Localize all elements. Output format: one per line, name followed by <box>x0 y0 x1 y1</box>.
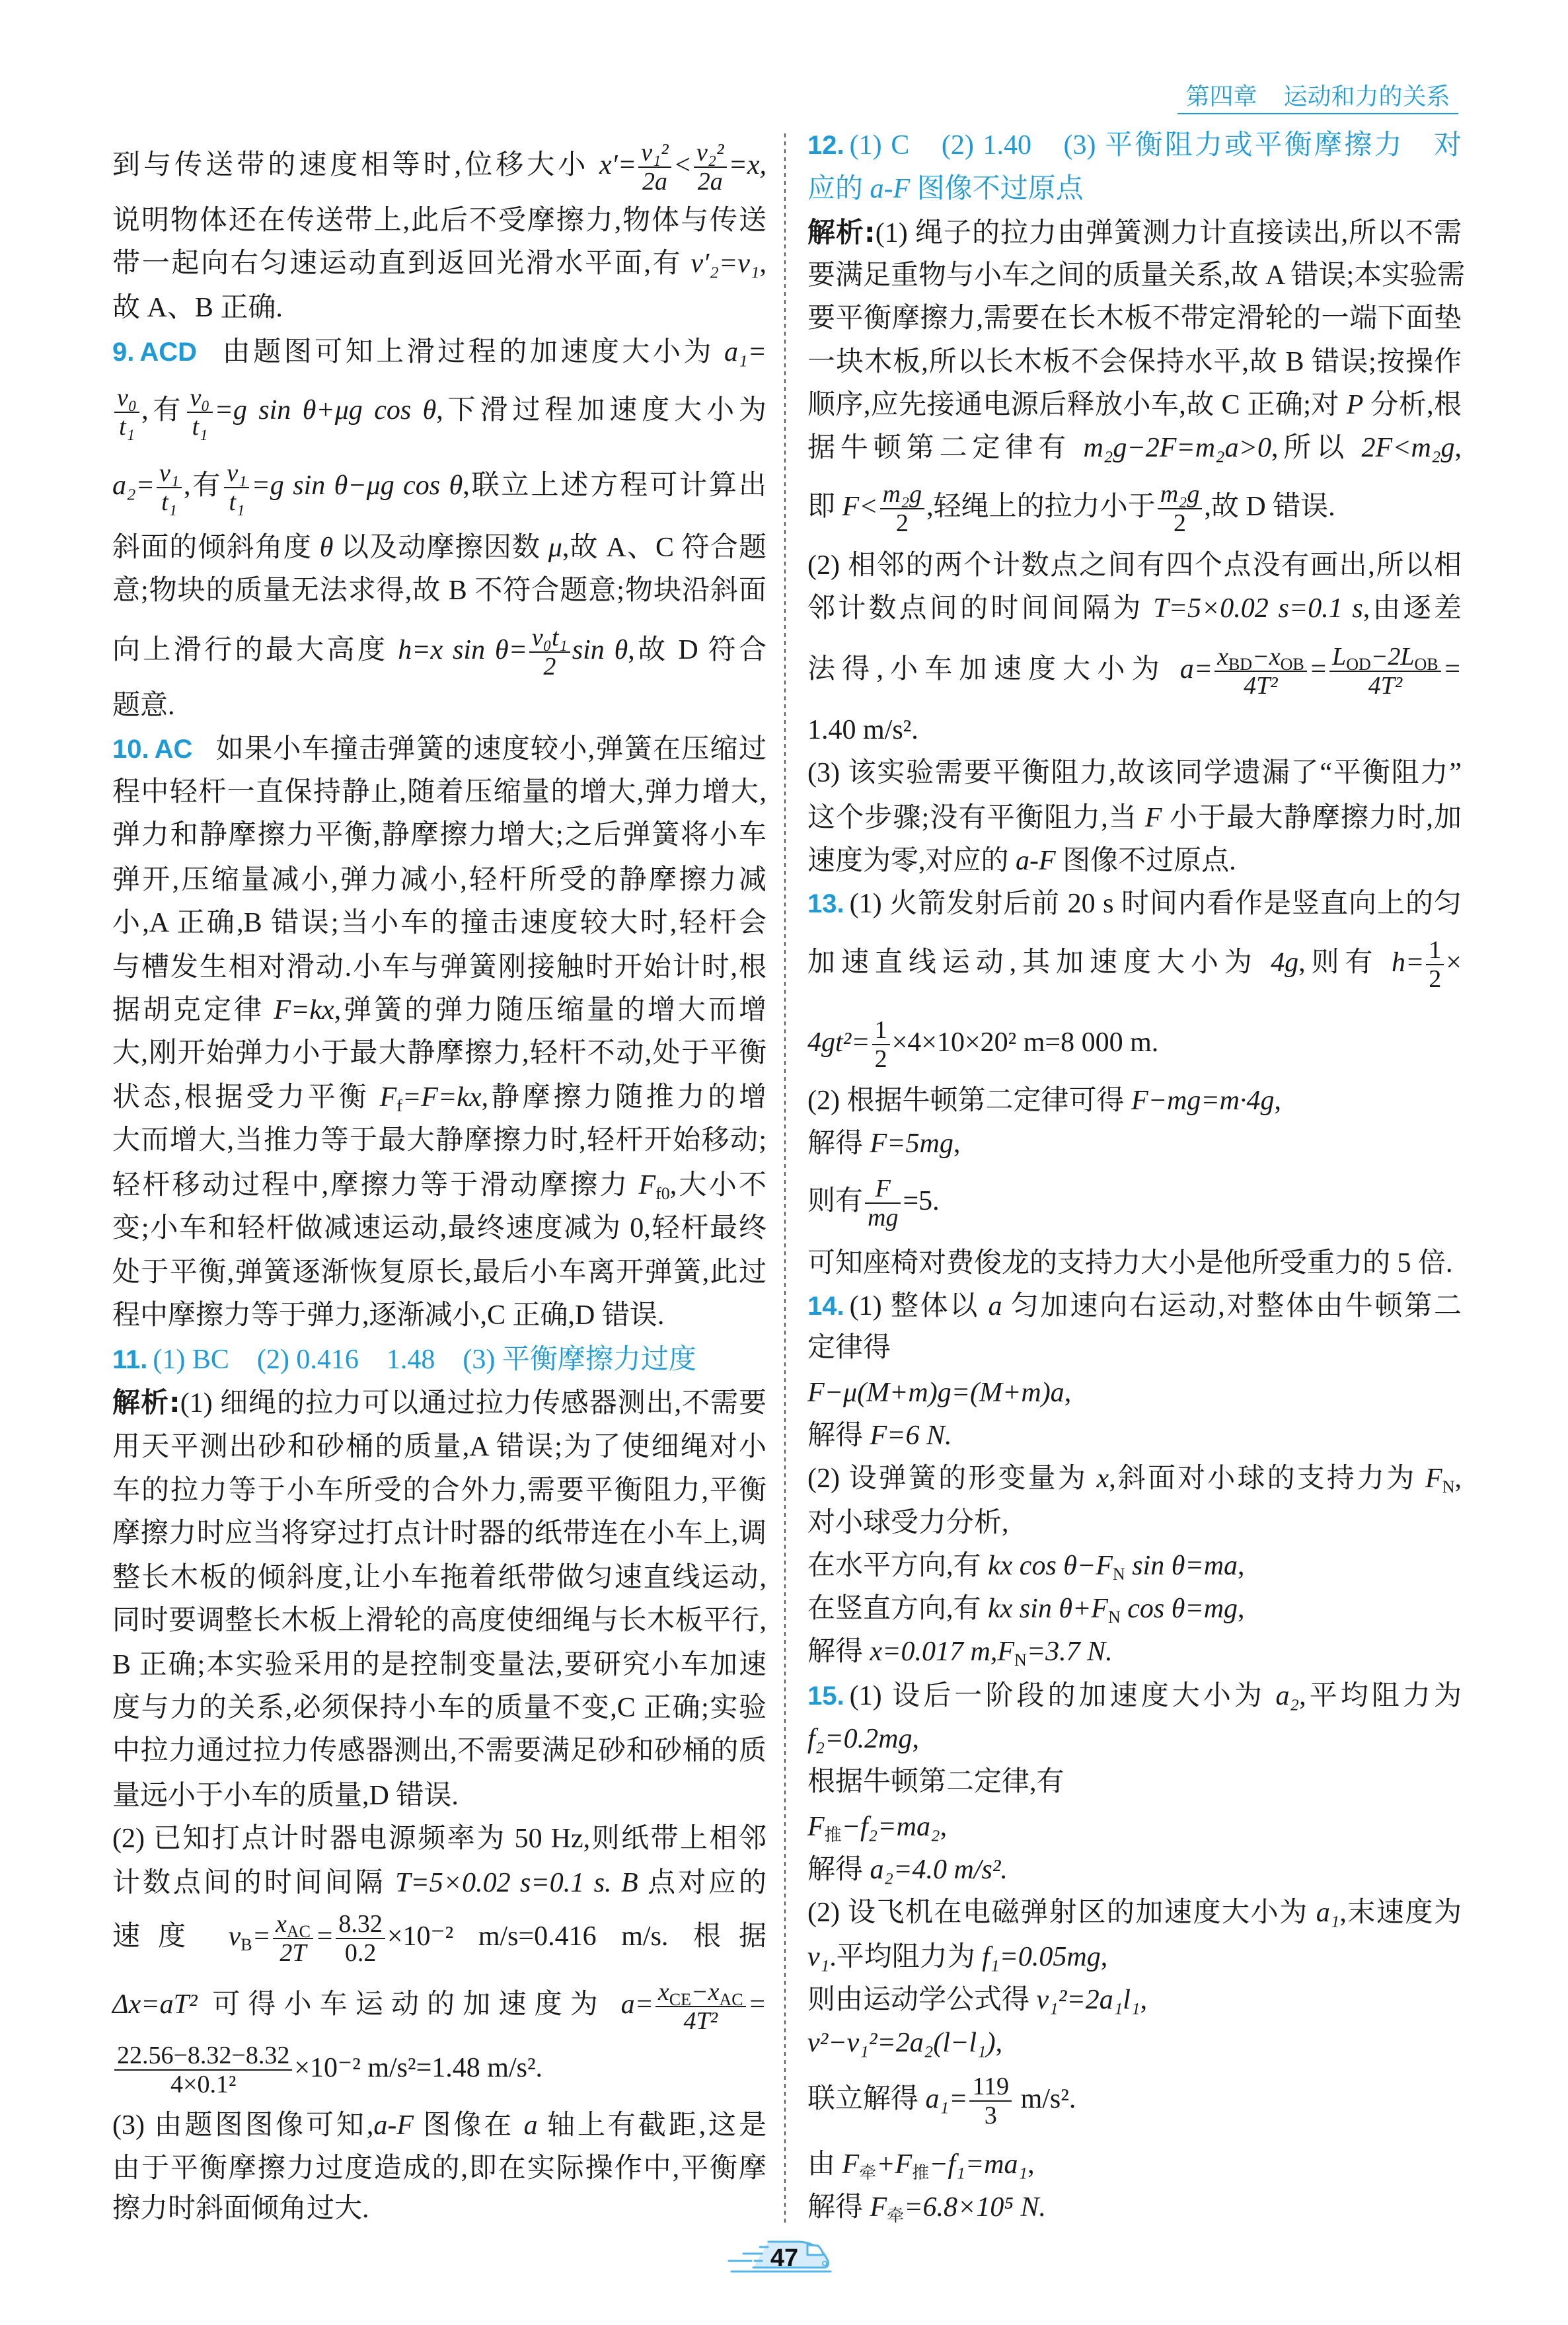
subscript: 推 <box>912 2163 929 2182</box>
math-expression: h=x sin θ= <box>398 635 527 665</box>
math-expression: μ <box>548 533 562 563</box>
answer-key: ACD <box>139 338 197 367</box>
text-segment: ,静摩擦力随推力的增 <box>482 1082 766 1113</box>
answer-line: 斜面的倾斜角度 θ 以及动摩擦因数 μ,故 A、C 符合题 <box>112 527 766 569</box>
text-segment: 说明物体还在传送带上,此后不受摩擦力,物体与传送 <box>112 205 766 236</box>
fraction-denominator: t₁ <box>114 412 139 441</box>
answer-line: 据牛顿第二定律有 m₂g−2F=m₂a>0,所以 2F<m₂g, <box>807 427 1462 469</box>
answer-line: 在水平方向,有 kx cos θ−FN sin θ=ma, <box>807 1545 1462 1587</box>
text-segment: 擦力时斜面倾角过大. <box>112 2194 369 2224</box>
math-expression: =g sin θ−μg cos θ <box>251 470 463 501</box>
math-expression: −2L <box>1371 643 1415 671</box>
fraction-numerator: v₂² <box>694 139 726 166</box>
math-expression: a-F <box>373 2110 414 2141</box>
text-segment: , <box>1064 1378 1072 1408</box>
math-expression: f₂=0.2mg <box>807 1724 912 1754</box>
text-segment: 在竖直方向,有 <box>807 1594 988 1624</box>
text-segment: , <box>912 1724 919 1754</box>
math-expression: 4g <box>1271 947 1298 978</box>
fraction-numerator: v₀ <box>114 384 139 412</box>
fraction-numerator: F <box>865 1175 901 1202</box>
math-expression: F <box>842 2149 860 2180</box>
answer-line: 大而增大,当推力等于最大静摩擦力时,轻杆开始移动; <box>112 1119 766 1162</box>
text-segment: 匀加速向右运动,对整体由牛顿第二 <box>1002 1291 1462 1321</box>
math-expression: x′= <box>599 150 636 180</box>
text-segment: (1) 细绳的拉力可以通过拉力传感器测出,不需要 <box>180 1388 766 1419</box>
question-number: 12. <box>807 131 844 160</box>
answer-line: 到与传送带的速度相等时,位移大小 x′=v₁²2a<v₂²2a=x, <box>112 144 766 186</box>
answer-line: 加速直线运动,其加速度大小为 4g,则有 h=12× <box>807 941 1462 984</box>
text-segment: 程中轻杆一直保持静止,随着压缩量的增大,弹力增大, <box>112 777 766 807</box>
math-expression: P <box>1347 390 1364 420</box>
text-segment: 顺序,应先接通电源后释放小车,故 C 正确;对 <box>807 390 1347 420</box>
answer-line: 程中轻杆一直保持静止,随着压缩量的增大,弹力增大, <box>112 771 766 813</box>
fraction: 8.320.2 <box>336 1910 385 1967</box>
math-expression: a <box>989 1291 1002 1321</box>
text-segment: , <box>1140 1985 1148 2015</box>
text-segment: , <box>760 248 767 279</box>
answer-line: 4gt²=12×4×10×20² m=8 000 m. <box>807 1021 1462 1064</box>
answer-summary: (1) C (2) 1.40 (3) 平衡阻力或平衡摩擦力 对 <box>850 130 1462 161</box>
subscript: 牵 <box>859 2163 876 2182</box>
answer-line: 速度为零,对应的 a-F 图像不过原点. <box>807 840 1462 882</box>
answer-line: 要满足重物与小车之间的质量关系,故 A 错误;本实验需 <box>807 254 1462 297</box>
math-expression: = <box>1443 654 1462 684</box>
math-expression: a= <box>621 1989 653 2020</box>
fraction-numerator: m₂g <box>1158 480 1203 508</box>
fraction-denominator: 4T² <box>1329 671 1441 700</box>
text-segment: ,联立上述方程可计算出 <box>463 470 766 501</box>
subscript: OD <box>1346 655 1371 674</box>
answer-line: 题意. <box>112 684 766 727</box>
text-segment: × <box>1446 947 1462 978</box>
text-segment: (2) 设弹簧的形变量为 <box>807 1463 1097 1494</box>
math-expression: x=0.017 m,F <box>870 1637 1014 1667</box>
answer-line: F推−f₂=ma₂, <box>807 1806 1462 1848</box>
fraction-denominator: 2 <box>529 651 570 681</box>
answer-line: 根据牛顿第二定律,有 <box>807 1761 1462 1803</box>
answer-line: 整长木板的倾斜度,让小车拖着纸带做匀速直线运动, <box>112 1557 766 1599</box>
math-expression: x <box>658 1978 669 2006</box>
analysis-label: 解析: <box>807 216 876 248</box>
fraction: m₂g2 <box>880 480 925 537</box>
text-segment: ,平均阻力为 <box>1299 1681 1462 1711</box>
text-segment: 解得 <box>807 1637 870 1667</box>
math-expression: = <box>1309 654 1327 684</box>
answer-line: 弹开,压缩量减小,弹力减小,轻杆所受的静摩擦力减 <box>112 859 766 901</box>
text-segment: ×10⁻² m/s²=1.48 m/s². <box>294 2053 542 2083</box>
answer-line: 对小球受力分析, <box>807 1502 1462 1544</box>
answer-line: (2) 根据牛顿第二定律可得 F−mg=m·4g, <box>807 1080 1462 1122</box>
answer-line: 一块木板,所以长木板不会保持水平,故 B 错误;按操作 <box>807 341 1462 383</box>
text-segment: 这个步骤;没有平衡阻力,当 <box>807 803 1145 833</box>
math-expression: a₁= <box>926 2084 968 2114</box>
text-segment: (3) 该实验需要平衡阻力,故该同学遗漏了“平衡阻力” <box>807 758 1462 788</box>
fraction: v₀t₁2 <box>529 624 570 681</box>
math-expression: =3.7 N. <box>1027 1637 1113 1667</box>
math-expression: =x, <box>729 150 766 180</box>
fraction: LOD−2LOB4T² <box>1329 643 1441 700</box>
text-segment: , <box>1101 1942 1108 1972</box>
text-segment: (2) 根据牛顿第二定律可得 <box>807 1086 1131 1116</box>
fraction: 22.56−8.32−8.324×0.1² <box>114 2042 292 2098</box>
math-expression: a-F <box>870 174 911 204</box>
text-segment: 一块木板,所以长木板不会保持水平,故 B 错误;按操作 <box>807 347 1462 377</box>
answer-line: 说明物体还在传送带上,此后不受摩擦力,物体与传送 <box>112 200 766 242</box>
fraction-denominator: 2a <box>638 166 671 196</box>
math-expression: sin θ=ma <box>1125 1551 1238 1581</box>
text-segment: 摩擦力时应当将穿过打点计时器的纸带连在小车上,调 <box>112 1518 766 1549</box>
math-expression: h= <box>1392 947 1424 978</box>
answer-line: 量远小于小车的质量,D 错误. <box>112 1775 766 1817</box>
text-segment: 法得,小车加速度大小为 <box>807 654 1180 684</box>
math-expression: v₁ <box>807 1942 829 1972</box>
text-segment: 图像不过原点. <box>1056 846 1236 876</box>
question-number: 9. <box>112 338 134 367</box>
subscript: N <box>1108 1607 1121 1627</box>
fraction-numerator: v₀ <box>187 384 212 412</box>
fraction-numerator: m₂g <box>880 480 925 508</box>
math-expression: cos θ=mg <box>1121 1594 1238 1624</box>
fraction-numerator: xAC <box>273 1910 313 1938</box>
answer-line: 要平衡摩擦力,需要在长木板不带定滑轮的一端下面垫 <box>807 297 1462 340</box>
text-segment: 轻杆移动过程中,摩擦力等于滑动摩擦力 <box>112 1170 638 1200</box>
answer-line: 法得,小车加速度大小为 a=xBD−xOB4T²=LOD−2LOB4T²= <box>807 648 1462 690</box>
math-expression: −f₂=ma₂ <box>842 1812 940 1842</box>
math-expression: +F <box>876 2149 912 2180</box>
text-segment: (1) 绳子的拉力由弹簧测力计直接读出,所以不需 <box>876 218 1462 248</box>
text-segment: 同时要调整长木板上滑轮的高度使细绳与长木板平行, <box>112 1605 766 1636</box>
answer-line: 解得 x=0.017 m,FN=3.7 N. <box>807 1631 1462 1673</box>
subscript: BD <box>1228 655 1252 674</box>
answer-line: 15.(1) 设后一阶段的加速度大小为 a₂,平均阻力为 <box>807 1675 1462 1717</box>
text-segment: ,故 D 符合 <box>628 635 766 665</box>
text-segment: , <box>1275 1086 1282 1116</box>
answer-key: AC <box>155 735 193 764</box>
answer-line: 解得 a₂=4.0 m/s². <box>807 1849 1462 1891</box>
answer-line: 联立解得 a₁=1193 m/s². <box>807 2078 1462 2120</box>
answer-line: B 正确;本实验采用的是控制变量法,要研究小车加速 <box>112 1644 766 1686</box>
text-segment: 状态,根据受力平衡 <box>112 1082 380 1113</box>
math-expression: F=5mg <box>870 1128 953 1159</box>
subscript: AC <box>287 1922 311 1941</box>
text-segment: 中拉力通过拉力传感器测出,不需要满足砂和砂桶的质 <box>112 1736 766 1766</box>
answer-summary: 应的 <box>807 174 870 204</box>
text-segment: 据胡克定律 <box>112 995 274 1025</box>
answer-line: 处于平衡,弹簧逐渐恢复原长,最后小车离开弹簧,此过 <box>112 1251 766 1294</box>
answer-line: 12.(1) C (2) 1.40 (3) 平衡阻力或平衡摩擦力 对 <box>807 124 1462 166</box>
text-segment: (2) 已知打点计时器电源频率为 50 Hz,则纸带上相邻 <box>112 1824 766 1854</box>
math-expression: x <box>1097 1463 1109 1494</box>
fraction-numerator: LOD−2LOB <box>1329 643 1441 671</box>
answer-line: a₂=v₁t₁,有v₁t₁=g sin θ−μg cos θ,联立上述方程可计算… <box>112 464 766 507</box>
answer-line: 车的拉力等于小车所受的合外力,需要平衡阻力,平衡 <box>112 1469 766 1512</box>
text-segment: ,弹簧的弹力随压缩量的增大而增 <box>334 995 766 1025</box>
text-segment: , <box>1454 1463 1462 1494</box>
text-segment: (1) 设后一阶段的加速度大小为 <box>850 1681 1276 1711</box>
answer-line: Δx=aT² 可得小车运动的加速度为 a=xCE−xAC4T²= <box>112 1983 766 2026</box>
math-expression: Δx=aT² <box>112 1989 198 2020</box>
math-expression: = <box>315 1921 334 1952</box>
text-segment: 轴上有截距,这是 <box>538 2110 766 2141</box>
text-segment: 小于最大静摩擦力时,加 <box>1162 803 1462 833</box>
fraction: v₂²2a <box>694 139 726 196</box>
answer-line: 计数点间的时间间隔 T=5×0.02 s=0.1 s. B 点对应的 <box>112 1862 766 1904</box>
fraction-denominator: 4T² <box>1214 671 1307 700</box>
math-expression: 4gt²= <box>807 1027 870 1058</box>
text-segment: ,则有 <box>1298 947 1392 978</box>
text-segment: ,有 <box>184 470 222 501</box>
answer-line: 1.40 m/s². <box>807 709 1462 751</box>
answer-line: 邻计数点间的时间间隔为 T=5×0.02 s=0.1 s,由逐差 <box>807 587 1462 630</box>
page-number-badge: 47 <box>727 2236 833 2276</box>
answer-line: 11.(1) BC (2) 0.416 1.48 (3) 平衡摩擦力过度 <box>112 1339 766 1381</box>
answer-line: 向上滑行的最大高度 h=x sin θ=v₀t₁2sin θ,故 D 符合 <box>112 629 766 671</box>
answer-line: 解得 F=6 N. <box>807 1415 1462 1457</box>
subscript: OB <box>1415 655 1438 674</box>
math-expression: f₁=0.05mg <box>982 1942 1100 1972</box>
fraction-denominator: t₁ <box>157 487 182 516</box>
subscript: f <box>396 1096 402 1115</box>
text-segment: ,末速度为 <box>1339 1898 1462 1928</box>
answer-line: 度与力的关系,必须保持小车的质量不变,C 正确;实验 <box>112 1687 766 1729</box>
text-segment: , <box>1238 1594 1245 1624</box>
text-segment: , <box>953 1128 961 1159</box>
math-expression: θ <box>320 533 334 563</box>
fraction: 12 <box>1426 936 1444 993</box>
text-segment: 量远小于小车的质量,D 错误. <box>112 1781 459 1811</box>
answer-line: (2) 相邻的两个计数点之间有四个点没有画出,所以相 <box>807 544 1462 587</box>
fraction: 1193 <box>969 2073 1012 2129</box>
math-expression: sin θ <box>572 635 628 665</box>
answer-line: 中拉力通过拉力传感器测出,不需要满足砂和砂桶的质 <box>112 1730 766 1772</box>
answer-line: 由 F牵+F推−f₁=ma₁, <box>807 2143 1462 2186</box>
answer-line: 解析:(1) 细绳的拉力可以通过拉力传感器测出,不需要 <box>112 1382 766 1424</box>
math-expression: a <box>524 2110 538 2141</box>
answer-line: 顺序,应先接通电源后释放小车,故 C 正确;对 P 分析,根 <box>807 384 1462 426</box>
math-expression: v <box>229 1921 241 1952</box>
fraction-denominator: 2 <box>1426 964 1444 993</box>
fraction: xAC2T <box>273 1910 313 1967</box>
answer-line: 擦力时斜面倾角过大. <box>112 2188 766 2230</box>
text-segment: 弹开,压缩量减小,弹力减小,轻杆所受的静摩擦力减 <box>112 865 766 895</box>
fraction-numerator: 1 <box>1426 936 1444 964</box>
math-expression: −x <box>691 1978 720 2006</box>
answer-line: 应的 a-F 图像不过原点 <box>807 168 1462 210</box>
fraction-numerator: xCE−xAC <box>655 1978 746 2006</box>
answer-line: (3) 由题图图像可知,a-F 图像在 a 轴上有截距,这是 <box>112 2104 766 2147</box>
math-expression: F−mg=m·4g <box>1131 1086 1275 1116</box>
text-segment: 分析,根 <box>1363 390 1462 420</box>
answer-line: 速度 vB=xAC2T=8.320.2×10⁻² m/s=0.416 m/s. … <box>112 1915 766 1958</box>
math-expression: kx cos θ−F <box>988 1551 1113 1581</box>
question-number: 11. <box>112 1345 147 1374</box>
fraction-denominator: 2T <box>273 1938 313 1967</box>
math-expression: 2F<m₂g <box>1362 433 1455 463</box>
answer-line: F−μ(M+m)g=(M+m)a, <box>807 1372 1462 1414</box>
text-segment: 速度为零,对应的 <box>807 846 1016 876</box>
answer-key-page: 第四章运动和力的关系 到与传送带的速度相等时,位移大小 x′=v₁²2a<v₂²… <box>0 0 1568 2325</box>
text-segment: 要满足重物与小车之间的质量关系,故 A 错误;本实验需 <box>807 260 1465 291</box>
fraction: xCE−xAC4T² <box>655 1978 746 2035</box>
fraction-numerator: 22.56−8.32−8.32 <box>114 2042 292 2069</box>
text-segment: , <box>1238 1551 1245 1581</box>
text-segment: 带一起向右匀速运动直到返回光滑水平面,有 <box>112 248 691 279</box>
fraction-denominator: 3 <box>969 2100 1012 2129</box>
text-segment: B 正确;本实验采用的是控制变量法,要研究小车加速 <box>112 1650 766 1680</box>
text-segment: 如果小车撞击弹簧的速度较小,弹簧在压缩过 <box>215 734 766 764</box>
text-segment: ,所以 <box>1271 433 1362 463</box>
text-segment: (1) 整体以 <box>850 1291 989 1321</box>
math-expression: F <box>638 1170 655 1200</box>
math-expression: =F=kx <box>402 1082 482 1113</box>
page-number: 47 <box>770 2244 798 2272</box>
answer-line: 则由运动学公式得 v₁²=2a₁l₁, <box>807 1979 1462 2021</box>
fraction-denominator: 0.2 <box>336 1938 385 1967</box>
math-expression: a₂ <box>1276 1681 1300 1711</box>
text-segment: 与槽发生相对滑动.小车与弹簧刚接触时开始计时,根 <box>112 952 766 982</box>
text-segment: 斜面的倾斜角度 <box>112 533 320 563</box>
question-number: 13. <box>807 889 844 918</box>
text-segment: ,故 D 错误. <box>1204 492 1335 522</box>
text-segment: 1.40 m/s². <box>807 715 918 745</box>
answer-line: (2) 已知打点计时器电源频率为 50 Hz,则纸带上相邻 <box>112 1818 766 1860</box>
text-segment: (2) 设飞机在电磁弹射区的加速度大小为 <box>807 1898 1316 1928</box>
answer-line: v₀t₁,有v₀t₁=g sin θ+μg cos θ,下滑过程加速度大小为 <box>112 389 766 431</box>
math-expression: a= <box>1180 654 1213 684</box>
text-segment: 解得 <box>807 1128 870 1159</box>
math-expression: T=5×0.02 s=0.1 s. <box>395 1868 621 1898</box>
text-segment: 故 A、B 正确. <box>112 293 283 323</box>
text-segment: ,斜面对小球的支持力为 <box>1109 1463 1425 1494</box>
text-segment: 邻计数点间的时间间隔为 <box>807 593 1153 624</box>
math-expression: = <box>748 1989 766 2020</box>
subscript: 推 <box>825 1826 842 1845</box>
text-segment: 由题图可知上滑过程的加速度大小为 <box>219 337 724 367</box>
fraction-numerator: 1 <box>872 1016 890 1044</box>
text-segment: 意;物块的质量无法求得,故 B 不符合题意;物块沿斜面 <box>112 575 766 606</box>
answer-summary: 图像不过原点 <box>910 174 1084 204</box>
answer-line: 同时要调整长木板上滑轮的高度使细绳与长木板平行, <box>112 1600 766 1642</box>
answer-line: 解得 F=5mg, <box>807 1123 1462 1165</box>
text-segment: m/s². <box>1014 2084 1076 2114</box>
subscript: AC <box>720 1990 743 2009</box>
answer-line: 22.56−8.32−8.324×0.1²×10⁻² m/s²=1.48 m/s… <box>112 2047 766 2089</box>
answer-line: 则有Fmg=5. <box>807 1180 1462 1222</box>
math-expression: −x <box>1252 643 1281 671</box>
text-segment: 向上滑行的最大高度 <box>112 635 398 665</box>
math-expression: a₁= <box>724 337 766 367</box>
fraction-denominator: 2a <box>694 166 726 196</box>
math-expression: F <box>870 2192 887 2223</box>
fraction: v₁t₁ <box>224 459 249 516</box>
answer-line: 故 A、B 正确. <box>112 287 766 329</box>
answer-line: 可知座椅对费俊龙的支持力大小是他所受重力的 5 倍. <box>807 1242 1462 1284</box>
subscript: N <box>1442 1477 1455 1496</box>
text-segment: ,由逐差 <box>1363 593 1462 624</box>
text-segment: 点对应的 <box>638 1868 766 1898</box>
answer-line: 即 F<m₂g2,轻绳上的拉力小于m₂g2,故 D 错误. <box>807 486 1462 528</box>
text-segment: 处于平衡,弹簧逐渐恢复原长,最后小车离开弹簧,此过 <box>112 1257 766 1288</box>
question-number: 10. <box>112 735 149 764</box>
answer-line: 解析:(1) 绳子的拉力由弹簧测力计直接读出,所以不需 <box>807 211 1462 254</box>
answer-line: 大,刚开始弹力小于最大静摩擦力,轻杆不动,处于平衡 <box>112 1032 766 1074</box>
text-segment: 图像在 <box>414 2110 524 2141</box>
answer-summary: (1) BC (2) 0.416 1.48 (3) 平衡摩擦力过度 <box>153 1345 696 1375</box>
text-segment: ,轻绳上的拉力小于 <box>926 492 1156 522</box>
text-segment: 度与力的关系,必须保持小车的质量不变,C 正确;实验 <box>112 1693 766 1723</box>
text-segment: 小,A 正确,B 错误;当小车的撞击速度较大时,轻杆会 <box>112 908 766 938</box>
text-segment: 由于平衡摩擦力过度造成的,即在实际操作中,平衡摩 <box>112 2153 766 2184</box>
answer-line: 带一起向右匀速运动直到返回光滑水平面,有 v′₂=v₁, <box>112 242 766 285</box>
math-expression: F=kx <box>274 995 334 1025</box>
column-divider <box>784 133 786 2223</box>
fraction-numerator: v₀t₁ <box>529 624 570 651</box>
fraction: Fmg <box>865 1175 901 1232</box>
text-segment: 联立解得 <box>807 2084 926 2114</box>
text-segment: 整长木板的倾斜度,让小车拖着纸带做匀速直线运动, <box>112 1563 766 1593</box>
text-segment: =5. <box>903 1186 939 1216</box>
answer-line: (3) 该实验需要平衡阻力,故该同学遗漏了“平衡阻力” <box>807 752 1462 794</box>
fraction: m₂g2 <box>1158 480 1203 537</box>
answer-line: 程中摩擦力等于弹力,逐渐减小,C 正确,D 错误. <box>112 1294 766 1337</box>
text-segment: 则有 <box>807 1186 863 1216</box>
subscript: f0 <box>655 1184 670 1203</box>
fraction: v₁t₁ <box>157 459 182 516</box>
text-segment: 即 <box>807 492 842 522</box>
answer-line: 据胡克定律 F=kx,弹簧的弹力随压缩量的增大而增 <box>112 989 766 1031</box>
math-expression: v₁²=2a₁l₁ <box>1037 1985 1140 2015</box>
text-segment: 在水平方向,有 <box>807 1551 988 1581</box>
text-segment: 根据牛顿第二定律,有 <box>807 1767 1064 1797</box>
text-segment: ×4×10×20² m=8 000 m. <box>892 1027 1159 1058</box>
text-segment: 则由运动学公式得 <box>807 1985 1037 2015</box>
text-segment: .平均阻力为 <box>829 1942 982 1972</box>
fraction-denominator: t₁ <box>224 487 249 516</box>
text-segment: 大而增大,当推力等于最大静摩擦力时,轻杆开始移动; <box>112 1125 766 1156</box>
answer-line: 定律得 <box>807 1327 1462 1369</box>
text-segment: ,下滑过程加速度大小为 <box>436 395 766 425</box>
fraction: 12 <box>872 1016 890 1073</box>
text-segment: ,故 A、C 符合题 <box>562 533 766 563</box>
fraction: v₁²2a <box>638 139 671 196</box>
answer-line: v₁.平均阻力为 f₁=0.05mg, <box>807 1936 1462 1978</box>
answer-line: 变;小车和轻杆做减速运动,最终速度减为 0,轻杆最终 <box>112 1207 766 1249</box>
fraction-numerator: v₁ <box>224 459 249 487</box>
fraction-denominator: 2 <box>880 508 925 537</box>
answer-line: 14.(1) 整体以 a 匀加速向右运动,对整体由牛顿第二 <box>807 1285 1462 1327</box>
math-expression: T=5×0.02 s=0.1 s <box>1153 593 1363 624</box>
subscript: N <box>1014 1650 1027 1670</box>
text-segment: 以及动摩擦因数 <box>333 533 548 563</box>
answer-line: 9.ACD由题图可知上滑过程的加速度大小为 a₁= <box>112 331 766 373</box>
answer-line: 用天平测出砂和砂桶的质量,A 错误;为了使细绳对小 <box>112 1426 766 1468</box>
fraction-numerator: 8.32 <box>336 1910 385 1938</box>
question-number: 15. <box>807 1681 844 1711</box>
subscript: N <box>1113 1565 1125 1584</box>
subscript: 牵 <box>887 2206 904 2225</box>
text-segment: 题意. <box>112 690 175 721</box>
answer-line: (2) 设弹簧的形变量为 x,斜面对小球的支持力为 FN, <box>807 1458 1462 1500</box>
fraction-numerator: 119 <box>969 2073 1012 2100</box>
math-expression: F <box>807 1812 825 1842</box>
math-expression: x <box>1217 643 1228 671</box>
answer-line: 意;物块的质量无法求得,故 B 不符合题意;物块沿斜面 <box>112 570 766 612</box>
math-expression: F=6 N. <box>870 1421 952 1451</box>
math-expression: L <box>1332 643 1346 671</box>
answer-line: 摩擦力时应当将穿过打点计时器的纸带连在小车上,调 <box>112 1512 766 1555</box>
text-segment: , <box>1027 2149 1035 2180</box>
